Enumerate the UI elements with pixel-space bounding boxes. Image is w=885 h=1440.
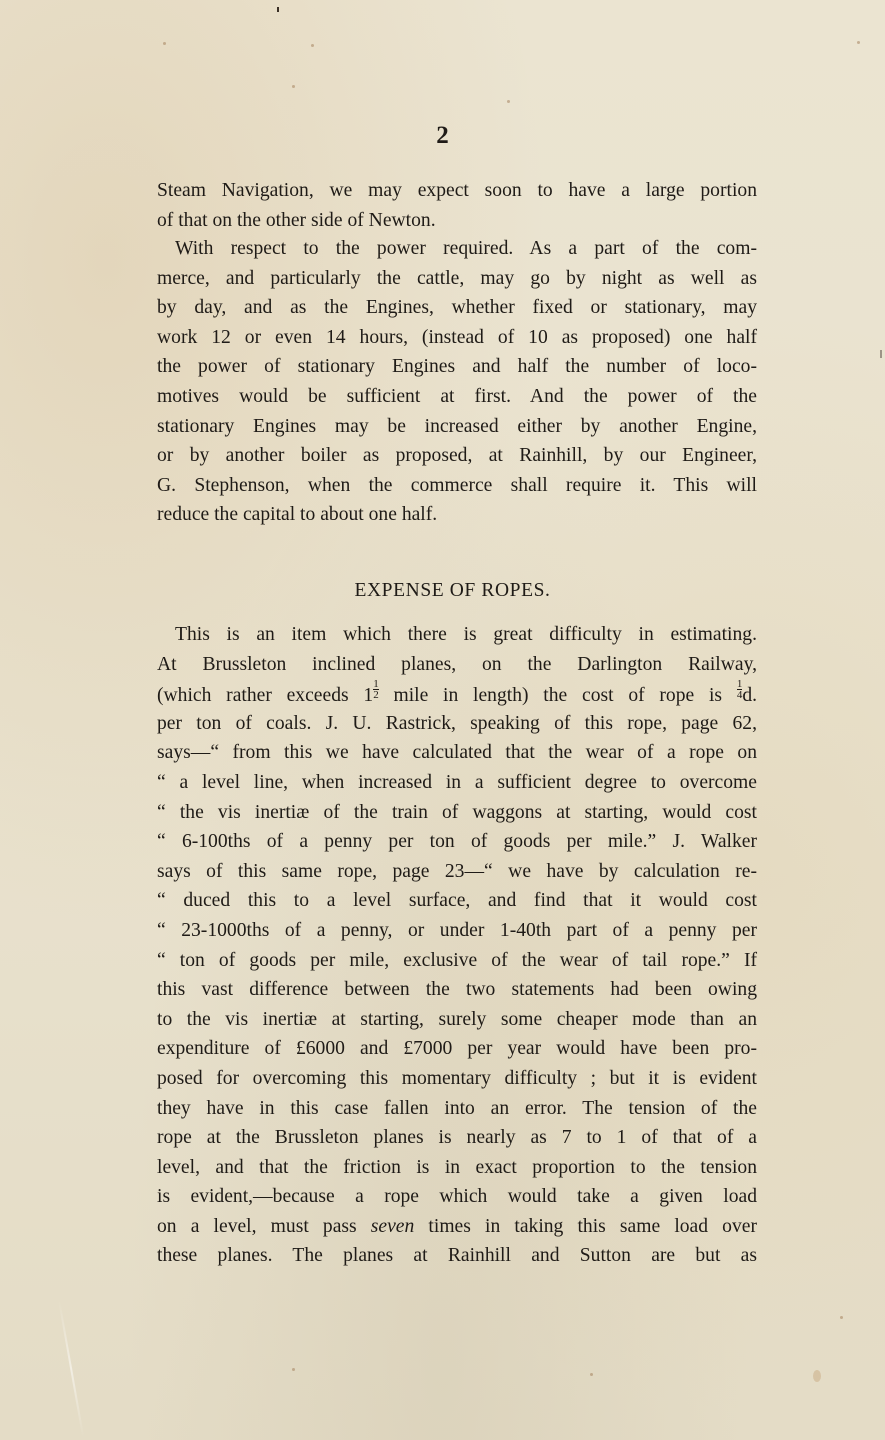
text-line: Steam Navigation, we may expect soon to … (157, 176, 757, 206)
text-line: level, and that the friction is in exact… (157, 1153, 757, 1183)
text-line: rope at the Brussleton planes is nearly … (157, 1123, 757, 1153)
text-line: or by another boiler as proposed, at Rai… (157, 441, 757, 471)
text-line: says—“ from this we have calculated that… (157, 738, 757, 768)
text-line: these planes. The planes at Rainhill and… (157, 1241, 757, 1271)
text-line: the power of stationary Engines and half… (157, 352, 757, 382)
paper-speck (857, 41, 860, 44)
text-line: This is an item which there is great dif… (157, 620, 757, 650)
paper-speck (292, 1368, 295, 1371)
text-line: G. Stephenson, when the commerce shall r… (157, 471, 757, 501)
text-line: per ton of coals. J. U. Rastrick, speaki… (157, 709, 757, 739)
paper-speck (311, 44, 314, 47)
text-line: posed for overcoming this momentary diff… (157, 1064, 757, 1094)
paper-speck (163, 42, 166, 45)
text-line: “ ton of goods per mile, exclusive of th… (157, 946, 757, 976)
paper-speck (840, 1316, 843, 1319)
paper-speck (292, 85, 295, 88)
text-fragment: on a level, must pass (157, 1216, 371, 1237)
emphasis-word: seven (371, 1216, 415, 1237)
text-line: With respect to the power required. As a… (157, 234, 757, 264)
text-line: merce, and particularly the cattle, may … (157, 264, 757, 294)
paper-speck (880, 350, 882, 358)
paper-speck (813, 1370, 821, 1382)
section-heading: EXPENSE OF ROPES. (0, 580, 885, 602)
text-line: they have in this case fallen into an er… (157, 1094, 757, 1124)
paragraph-power-required: With respect to the power required. As a… (157, 234, 757, 530)
text-line: says of this same rope, page 23—“ we hav… (157, 857, 757, 887)
text-line: “ 6-100ths of a penny per ton of goods p… (157, 827, 757, 857)
text-fragment: times in taking this same load over (414, 1216, 757, 1237)
text-fragment: mile in length) the cost of rope is (379, 685, 737, 706)
text-line: “ 23-1000ths of a penny, or under 1-40th… (157, 916, 757, 946)
text-line: is evident,—because a rope which would t… (157, 1182, 757, 1212)
paper-speck (277, 7, 279, 12)
paper-speck (507, 100, 510, 103)
text-line: motives would be sufficient at first. An… (157, 382, 757, 412)
text-fragment: (which rather exceeds 1 (157, 685, 373, 706)
paper-speck (590, 1373, 593, 1376)
text-line: by day, and as the Engines, whether fixe… (157, 293, 757, 323)
text-line: to the vis inertiæ at starting, surely s… (157, 1005, 757, 1035)
text-line: stationary Engines may be increased eith… (157, 412, 757, 442)
page-number: 2 (0, 122, 885, 150)
text-line: “ the vis inertiæ of the train of waggon… (157, 798, 757, 828)
text-line: “ a level line, when increased in a suff… (157, 768, 757, 798)
text-fragment: d. (742, 685, 757, 706)
text-line-with-emphasis: on a level, must pass seven times in tak… (157, 1212, 757, 1242)
text-line: expenditure of £6000 and £7000 per year … (157, 1034, 757, 1064)
text-line: of that on the other side of Newton. (157, 206, 757, 236)
text-line: “ duced this to a level surface, and fin… (157, 886, 757, 916)
text-line-with-fractions: (which rather exceeds 112 mile in length… (157, 679, 757, 709)
text-line: work 12 or even 14 hours, (instead of 10… (157, 323, 757, 353)
paragraph-continuation: Steam Navigation, we may expect soon to … (157, 176, 757, 235)
paper-crease (58, 1300, 84, 1438)
text-line: this vast difference between the two sta… (157, 975, 757, 1005)
document-page: 2 Steam Navigation, we may expect soon t… (0, 0, 885, 1440)
text-line: At Brussleton inclined planes, on the Da… (157, 650, 757, 680)
text-line: reduce the capital to about one half. (157, 500, 757, 530)
paragraph-expense-of-ropes: This is an item which there is great dif… (157, 620, 757, 1271)
